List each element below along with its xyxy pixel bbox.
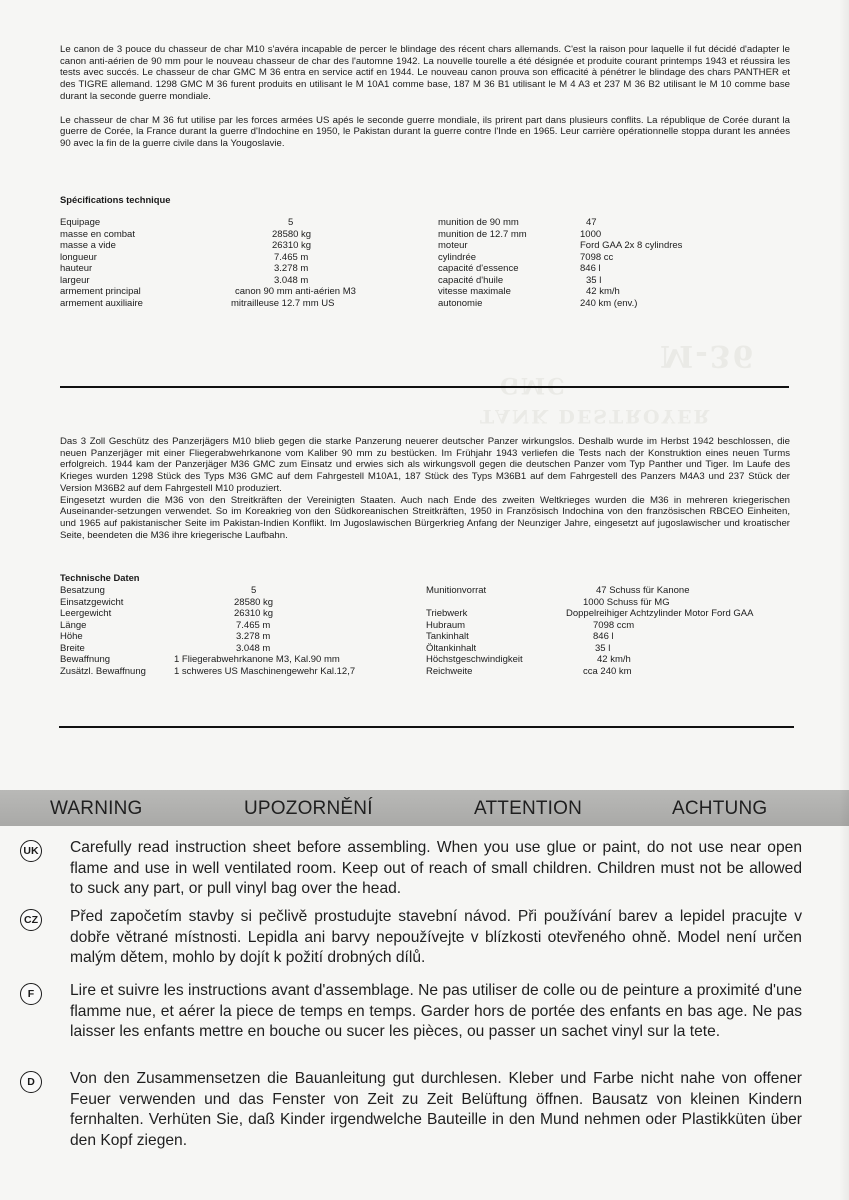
german-paragraph-2: Eingesetzt wurden die M36 von den Streit… bbox=[60, 495, 790, 542]
spec-row: 1000 Schuss für MG bbox=[426, 597, 753, 609]
spec-row: Höchstgeschwindigkeit42 km/h bbox=[426, 654, 753, 666]
warning-label-de: ACHTUNG bbox=[672, 798, 767, 820]
german-history-text: Das 3 Zoll Geschütz des Panzerjägers M10… bbox=[60, 436, 790, 553]
spec-row: armement principalcanon 90 mm anti-aérie… bbox=[60, 286, 356, 298]
spec-row: cylindrée7098 cc bbox=[438, 252, 682, 264]
french-spec-title: Spécifications technique bbox=[60, 194, 170, 205]
warning-text-fr: Lire et suivre les instructions avant d'… bbox=[70, 981, 802, 1043]
spec-row: Hubraum7098 ccm bbox=[426, 620, 753, 632]
spec-row: TriebwerkDoppelreihiger Achtzylinder Mot… bbox=[426, 608, 753, 620]
french-specs-right: munition de 90 mm47 munition de 12.7 mm1… bbox=[438, 217, 682, 309]
spec-row: capacité d'huile35 l bbox=[438, 275, 682, 287]
spec-row: armement auxiliairemitrailleuse 12.7 mm … bbox=[60, 298, 356, 310]
warning-band: WARNING UPOZORNĚNÍ ATTENTION ACHTUNG bbox=[0, 790, 849, 826]
spec-row: moteurFord GAA 2x 8 cylindres bbox=[438, 240, 682, 252]
show-through-title-line1: M-36 bbox=[660, 338, 755, 373]
cz-badge-icon: CZ bbox=[20, 909, 42, 931]
show-through-title-line3: TANK DESTROYER bbox=[480, 405, 711, 427]
spec-row: vitesse maximale42 km/h bbox=[438, 286, 682, 298]
french-history-text: Le canon de 3 pouce du chasseur de char … bbox=[60, 44, 790, 162]
french-paragraph-1: Le canon de 3 pouce du chasseur de char … bbox=[60, 44, 790, 103]
spec-row: Öltankinhalt35 l bbox=[426, 643, 753, 655]
section-divider bbox=[60, 386, 789, 388]
french-paragraph-2: Le chasseur de char M 36 fut utilise par… bbox=[60, 115, 790, 150]
german-specs-right: Munitionvorrat47 Schuss für Kanone 1000 … bbox=[426, 585, 753, 677]
show-through-title-line2: GMC bbox=[500, 372, 567, 398]
warning-text-cz: Před započetím stavby si pečlivě prostud… bbox=[70, 907, 802, 969]
d-badge-icon: D bbox=[20, 1071, 42, 1093]
german-spec-title: Technische Daten bbox=[60, 572, 140, 583]
spec-row: largeur3.048 m bbox=[60, 275, 356, 287]
spec-row: Equipage5 bbox=[60, 217, 356, 229]
spec-row: autonomie240 km (env.) bbox=[438, 298, 682, 310]
warning-text-uk: Carefully read instruction sheet before … bbox=[70, 838, 802, 900]
section-divider bbox=[59, 726, 794, 728]
f-badge-icon: F bbox=[20, 983, 42, 1005]
spec-row: hauteur3.278 m bbox=[60, 263, 356, 275]
spec-row: Länge7.465 m bbox=[60, 620, 355, 632]
warning-label-fr: ATTENTION bbox=[474, 798, 582, 820]
spec-row: Besatzung5 bbox=[60, 585, 355, 597]
spec-row: capacité d'essence846 l bbox=[438, 263, 682, 275]
spec-row: Tankinhalt846 l bbox=[426, 631, 753, 643]
warning-label-cz: UPOZORNĚNÍ bbox=[244, 798, 373, 820]
german-specs-left: Besatzung5 Einsatzgewicht28580 kg Leerge… bbox=[60, 585, 355, 677]
spec-row: Zusätzl. Bewaffnung1 schweres US Maschin… bbox=[60, 666, 355, 678]
page-edge-shadow bbox=[839, 0, 849, 1200]
spec-row: Leergewicht26310 kg bbox=[60, 608, 355, 620]
spec-row: Bewaffnung1 Fliegerabwehrkanone M3, Kal.… bbox=[60, 654, 355, 666]
warning-text-de: Von den Zusammensetzen die Bauanleitung … bbox=[70, 1069, 802, 1151]
spec-row: Höhe3.278 m bbox=[60, 631, 355, 643]
french-specs-left: Equipage5 masse en combat28580 kg masse … bbox=[60, 217, 356, 309]
warning-label-en: WARNING bbox=[50, 798, 143, 820]
spec-row: longueur7.465 m bbox=[60, 252, 356, 264]
spec-row: Einsatzgewicht28580 kg bbox=[60, 597, 355, 609]
spec-row: Reichweitecca 240 km bbox=[426, 666, 753, 678]
uk-badge-icon: UK bbox=[20, 840, 42, 862]
spec-row: masse en combat28580 kg bbox=[60, 229, 356, 241]
german-paragraph-1: Das 3 Zoll Geschütz des Panzerjägers M10… bbox=[60, 436, 790, 495]
spec-row: masse a vide26310 kg bbox=[60, 240, 356, 252]
spec-row: munition de 12.7 mm1000 bbox=[438, 229, 682, 241]
spec-row: Munitionvorrat47 Schuss für Kanone bbox=[426, 585, 753, 597]
spec-row: munition de 90 mm47 bbox=[438, 217, 682, 229]
spec-row: Breite3.048 m bbox=[60, 643, 355, 655]
instruction-page: Le canon de 3 pouce du chasseur de char … bbox=[0, 0, 849, 1200]
